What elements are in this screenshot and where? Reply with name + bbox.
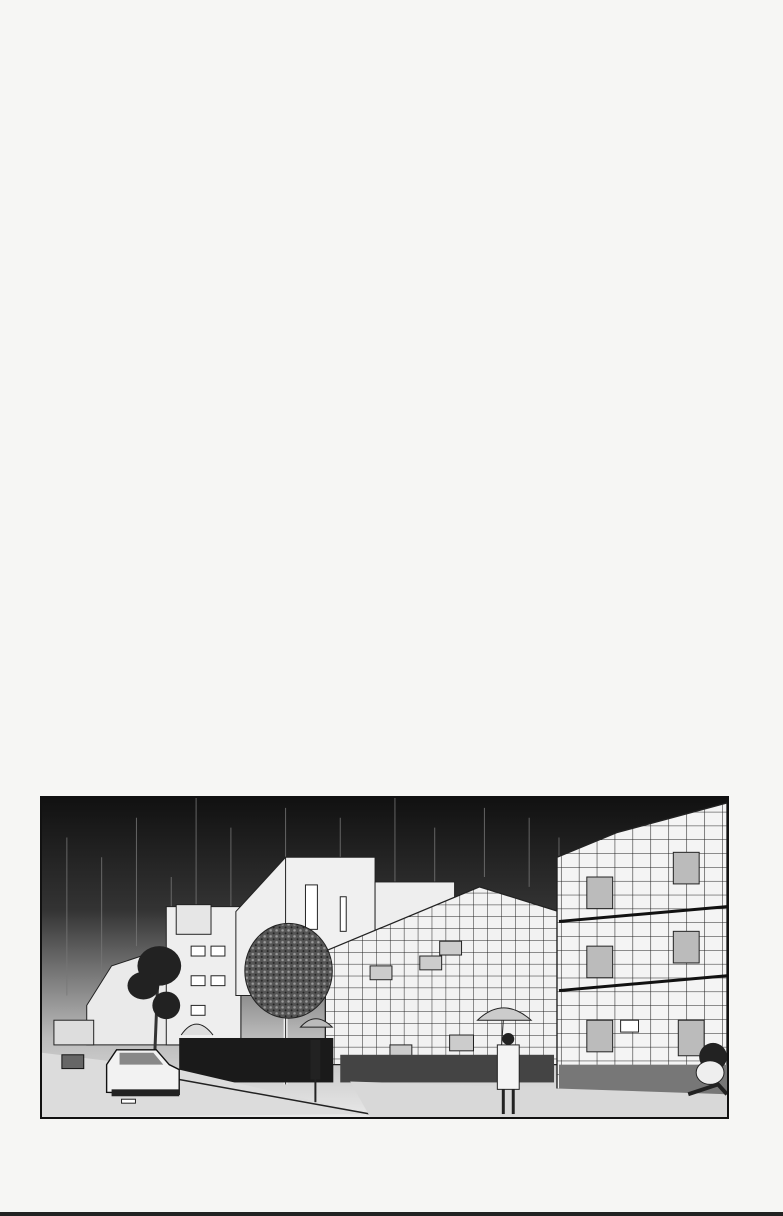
page-bottom-edge	[0, 1212, 783, 1216]
blank-page-area	[0, 0, 783, 790]
manga-panel	[40, 796, 729, 1119]
street-scene-illustration	[42, 798, 727, 1117]
